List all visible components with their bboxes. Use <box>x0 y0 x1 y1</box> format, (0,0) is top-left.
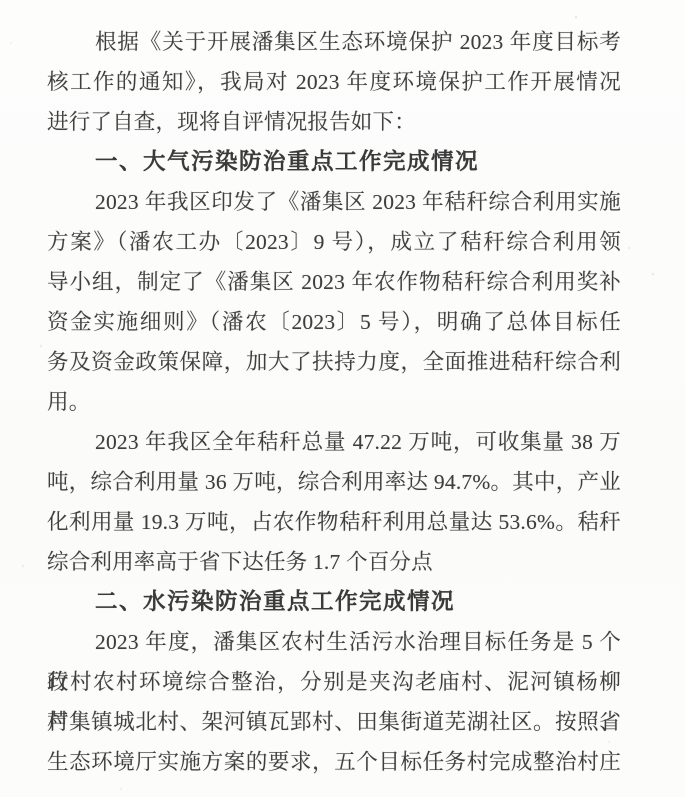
text-line: 务及资金政策保障，加大了扶持力度，全面推进秸秆综合利 <box>47 342 621 382</box>
text-line: 核工作的通知》，我局对 2023 年度环境保护工作开展情况 <box>47 62 621 102</box>
scanned-document-page: 根据《关于开展潘集区生态环境保护 2023 年度目标考 核工作的通知》，我局对 … <box>0 0 685 797</box>
text-line: 吨，综合利用量 36 万吨，综合利用率达 94.7%。其中，产业 <box>47 462 621 502</box>
text-line: 芦集镇城北村、架河镇瓦郢村、田集街道芜湖社区。按照省 <box>47 702 621 742</box>
text-line: 导小组，制定了《潘集区 2023 年农作物秸秆综合利用奖补 <box>47 262 621 302</box>
text-line: 综合利用率高于省下达任务 1.7 个百分点 <box>47 542 621 582</box>
text-line: 2023 年我区印发了《潘集区 2023 年秸秆综合利用实施 <box>47 182 621 222</box>
text-line: 生态环境厅实施方案的要求，五个目标任务村完成整治村庄 <box>47 742 621 782</box>
text-line: 进行了自查，现将自评情况报告如下： <box>47 102 621 142</box>
text-line: 化利用量 19.3 万吨，占农作物秸秆利用总量达 53.6%。秸秆 <box>47 502 621 542</box>
text-line: 用。 <box>47 382 621 422</box>
text-line: 根据《关于开展潘集区生态环境保护 2023 年度目标考 <box>47 22 621 62</box>
text-line: 政村农村环境综合整治，分别是夹沟老庙村、泥河镇杨柳村、 <box>47 662 621 702</box>
document-text-block: 根据《关于开展潘集区生态环境保护 2023 年度目标考 核工作的通知》，我局对 … <box>47 22 621 782</box>
text-line: 2023 年我区全年秸秆总量 47.22 万吨，可收集量 38 万 <box>47 422 621 462</box>
text-line: 资金实施细则》（潘农〔2023〕5 号），明确了总体目标任 <box>47 302 621 342</box>
text-line: 2023 年度，潘集区农村生活污水治理目标任务是 5 个行 <box>47 622 621 662</box>
section-heading-air-pollution: 一、大气污染防治重点工作完成情况 <box>47 142 621 182</box>
text-line: 方案》（潘农工办〔2023〕9 号），成立了秸秆综合利用领 <box>47 222 621 262</box>
section-heading-water-pollution: 二、水污染防治重点工作完成情况 <box>47 582 621 622</box>
